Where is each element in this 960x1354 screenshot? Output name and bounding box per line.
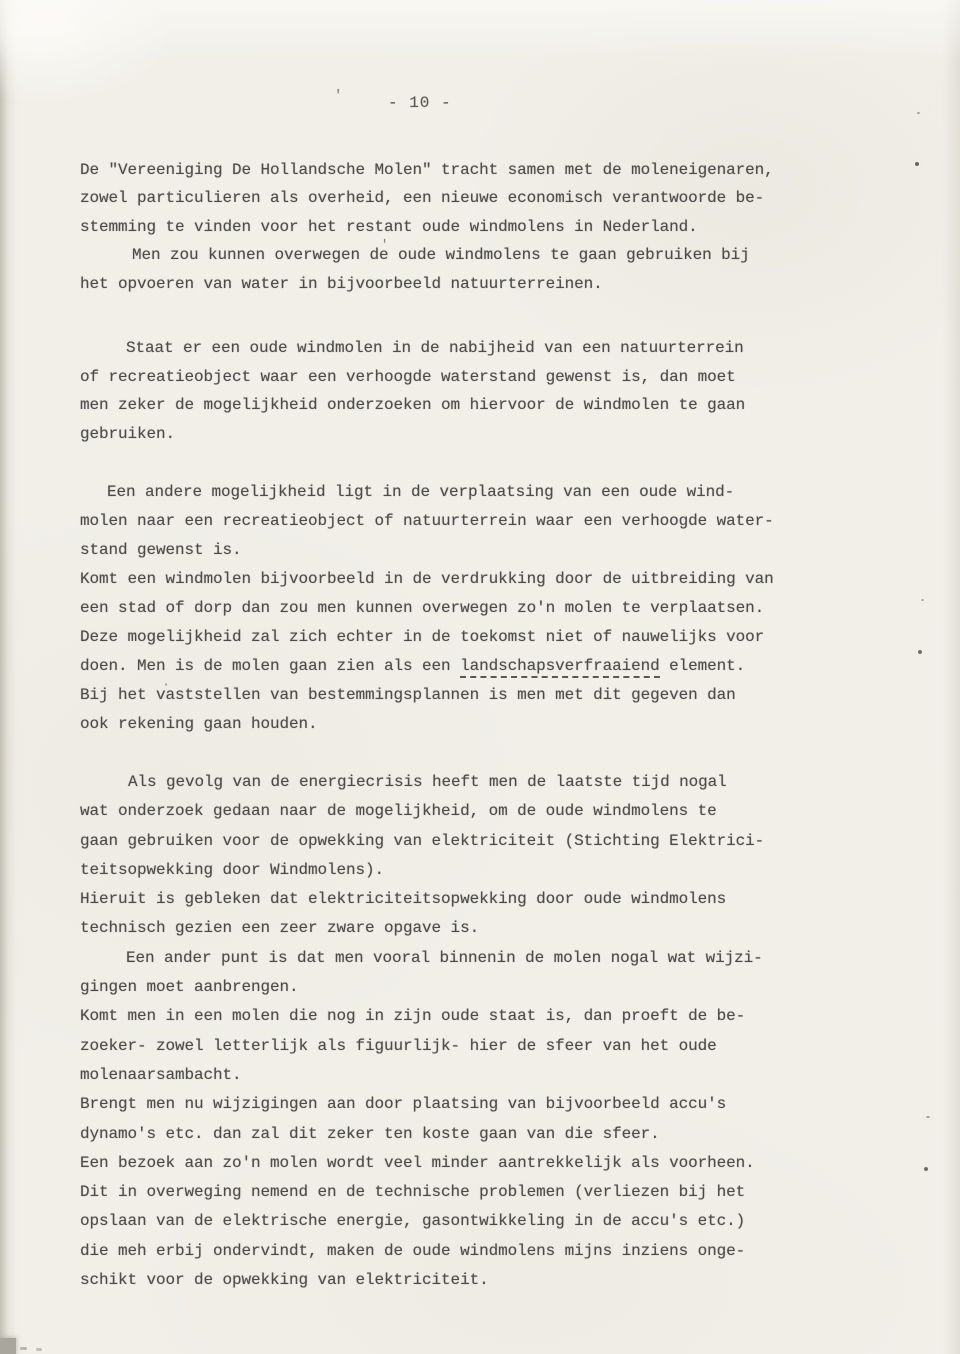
text-line: Als gevolg van de energiecrisis heeft me… — [80, 768, 840, 797]
text-line: Dit in overweging nemend en de technisch… — [80, 1178, 840, 1207]
scan-edge-right — [942, 0, 960, 1354]
text-line: technisch gezien een zeer zware opgave i… — [80, 914, 840, 943]
scanned-document-page: ' - 10 - ' De "Vereeniging De Hollandsch… — [0, 0, 960, 1354]
text-line: stand gewenst is. — [80, 536, 840, 565]
text-line: Brengt men nu wijzigingen aan door plaat… — [80, 1090, 840, 1119]
scan-speck — [924, 1167, 928, 1171]
text-line: gaan gebruiken voor de opwekking van ele… — [80, 827, 840, 856]
stray-apostrophe-mark: ' — [334, 88, 342, 104]
scan-corner-top-left — [0, 0, 220, 140]
underlined-term: landschapsverfraaiend — [460, 657, 660, 678]
scan-speck — [36, 1348, 42, 1351]
scan-speck — [918, 650, 922, 654]
text-line: die meh erbij ondervindt, maken de oude … — [80, 1237, 840, 1266]
text-line: Een andere mogelijkheid ligt in de verpl… — [80, 478, 840, 507]
text-line: men zeker de mogelijkheid onderzoeken om… — [80, 391, 840, 420]
text-segment: doen. Men is de molen gaan zien als een — [80, 657, 460, 675]
text-line: De "Vereeniging De Hollandsche Molen" tr… — [80, 156, 840, 184]
text-line: molen naar een recreatieobject of natuur… — [80, 507, 840, 536]
text-line: wat onderzoek gedaan naar de mogelijkhei… — [80, 797, 840, 826]
page-number: - 10 - — [388, 94, 452, 112]
text-line-with-underlined-term: doen. Men is de molen gaan zien als een … — [80, 652, 840, 681]
text-line: schikt voor de opwekking van elektricite… — [80, 1266, 840, 1295]
text-line: Komt een windmolen bijvoorbeeld in de ve… — [80, 565, 840, 594]
scan-speck — [917, 112, 920, 114]
text-line: Hieruit is gebleken dat elektriciteitsop… — [80, 885, 840, 914]
text-line: zoeker- zowel letterlijk als figuurlijk-… — [80, 1032, 840, 1061]
scan-speck — [921, 599, 924, 601]
paragraph-2: Staat er een oude windmolen in de nabijh… — [80, 334, 840, 448]
text-line: of recreatieobject waar een verhoogde wa… — [80, 363, 840, 392]
text-line: dynamo's etc. dan zal dit zeker ten kost… — [80, 1120, 840, 1149]
text-line: het opvoeren van water in bijvoorbeeld n… — [80, 270, 840, 298]
text-line: ook rekening gaan houden. — [80, 710, 840, 739]
text-line: gingen moet aanbrengen. — [80, 973, 840, 1002]
text-line: teitsopwekking door Windmolens). — [80, 856, 840, 885]
scan-speck — [915, 162, 919, 166]
scan-speck — [926, 1116, 930, 1118]
paragraph-4: Als gevolg van de energiecrisis heeft me… — [80, 768, 840, 1295]
text-line: gebruiken. — [80, 420, 840, 449]
scan-speck — [165, 683, 167, 686]
text-line: zowel particulieren als overheid, een ni… — [80, 184, 840, 212]
text-line: Men zou kunnen overwegen de oude windmol… — [80, 241, 840, 269]
text-line: stemming te vinden voor het restant oude… — [80, 213, 840, 241]
text-segment: element. — [660, 657, 746, 675]
scan-corner-bottom-left — [0, 1338, 16, 1354]
text-line: Bij het vaststellen van bestemmingsplann… — [80, 681, 840, 710]
text-line: een stad of dorp dan zou men kunnen over… — [80, 594, 840, 623]
scan-speck — [20, 1347, 27, 1350]
scan-edge-left — [0, 0, 26, 1354]
text-line: Een ander punt is dat men vooral binneni… — [80, 944, 840, 973]
text-line: molenaarsambacht. — [80, 1061, 840, 1090]
text-line: opslaan van de elektrische energie, gaso… — [80, 1207, 840, 1236]
text-line: Deze mogelijkheid zal zich echter in de … — [80, 623, 840, 652]
paragraph-3: Een andere mogelijkheid ligt in de verpl… — [80, 478, 840, 739]
paragraph-1: De "Vereeniging De Hollandsche Molen" tr… — [80, 156, 840, 298]
text-line: Staat er een oude windmolen in de nabijh… — [80, 334, 840, 363]
text-line: Een bezoek aan zo'n molen wordt veel min… — [80, 1149, 840, 1178]
text-line: Komt men in een molen die nog in zijn ou… — [80, 1002, 840, 1031]
